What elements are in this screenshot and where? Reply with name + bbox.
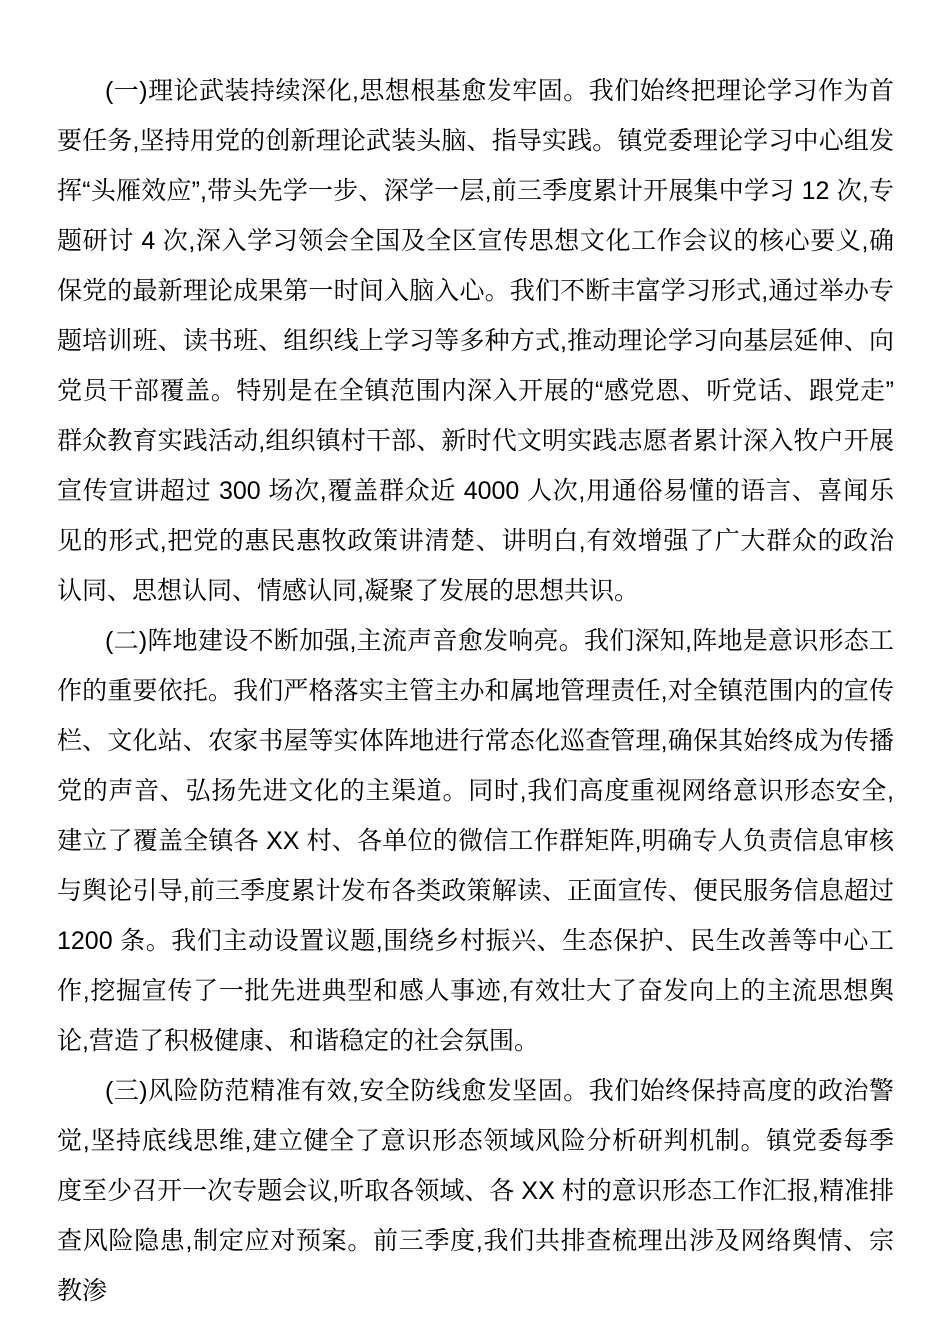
document-page: (一)理论武装持续深化,思想根基愈发牢固。我们始终把理论学习作为首要任务,坚持用… bbox=[0, 0, 950, 1344]
paragraph-theory-armament: (一)理论武装持续深化,思想根基愈发牢固。我们始终把理论学习作为首要任务,坚持用… bbox=[57, 66, 894, 616]
paragraph-position-building: (二)阵地建设不断加强,主流声音愈发响亮。我们深知,阵地是意识形态工作的重要依托… bbox=[57, 616, 894, 1066]
paragraph-risk-prevention: (三)风险防范精准有效,安全防线愈发坚固。我们始终保持高度的政治警觉,坚持底线思… bbox=[57, 1066, 894, 1316]
